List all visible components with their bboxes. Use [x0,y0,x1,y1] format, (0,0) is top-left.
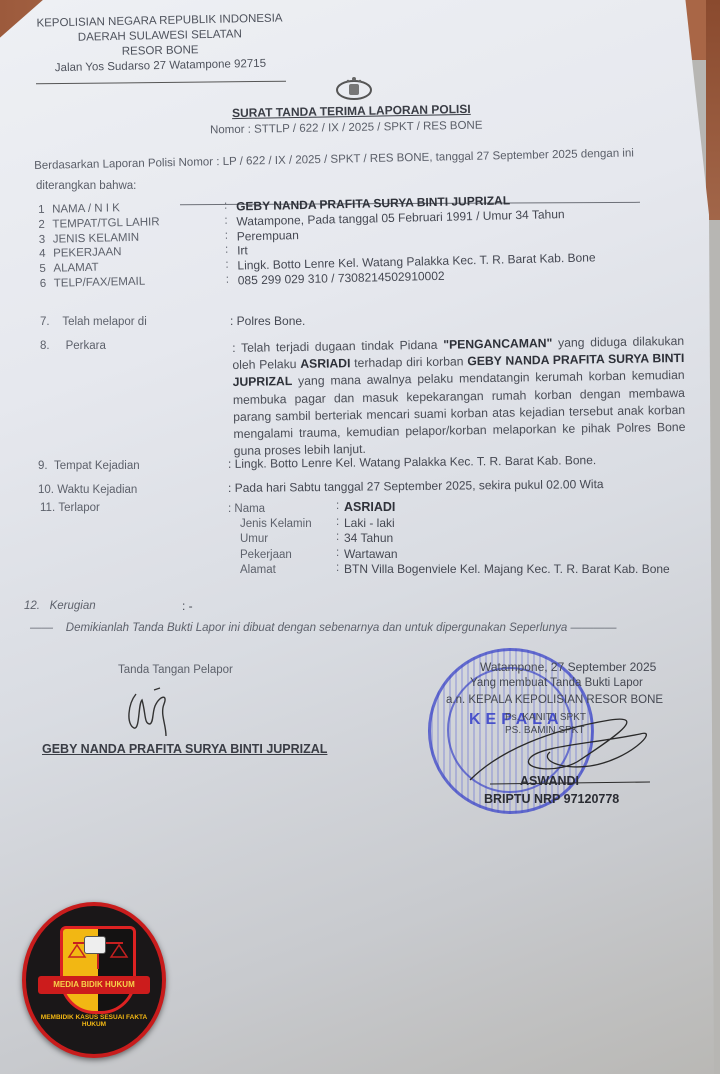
row-number: 4 [39,248,46,260]
row-label: TELP/FAX/EMAIL [54,276,146,290]
item-7-value: : Polres Bone. [230,314,305,328]
suspect-field-value: ASRIADI [344,500,395,514]
header-underline [36,81,286,85]
closing-statement: —— Demikianlah Tanda Bukti Lapor ini dib… [30,622,616,634]
row-number: 1 [38,204,45,216]
reporter-signature-caption: Tanda Tangan Pelapor [118,664,233,676]
row-label: NAMA / N I K [52,202,120,216]
police-emblem-icon [334,76,374,100]
item-10-label: 10. Waktu Kejadian [38,484,137,496]
suspect-field-value: Laki - laki [344,516,395,530]
background-table-edge [706,0,720,220]
police-report-document: KEPOLISIAN NEGARA REPUBLIK INDONESIA DAE… [0,0,714,1074]
row-colon: : [224,215,227,227]
row-number: 2 [38,219,45,231]
item-7-label: 7. Telah melapor di [40,316,147,328]
suspect-field-label: Alamat [240,564,276,576]
suspect-field: Alamat:BTN Villa Bogenviele Kel. Majang … [232,562,702,578]
logo-motto: MEMBIDIK KASUS SESUAI FAKTA HUKUM [32,1014,156,1028]
reporter-name: GEBY NANDA PRAFITA SURYA BINTI JUPRIZAL [42,742,327,756]
suspect-field-label: Pekerjaan [240,549,292,561]
logo-banner: MEDIA BIDIK HUKUM [38,976,150,994]
row-number: 6 [40,278,47,290]
suspect-field: : Nama:ASRIADI [232,500,702,516]
suspect-field: Jenis Kelamin:Laki - laki [232,516,702,532]
row-label: PEKERJAAN [53,247,122,261]
item-9-label: 9. Tempat Kejadian [38,460,140,472]
row-label: ALAMAT [53,262,98,275]
item-8-label: 8. Perkara [40,340,106,352]
document-number: Nomor : STTLP / 622 / IX / 2025 / SPKT /… [210,120,483,137]
suspect-field-label: Jenis Kelamin [240,518,312,530]
row-colon: : [225,259,228,271]
org-header: KEPOLISIAN NEGARA REPUBLIK INDONESIA DAE… [29,11,290,76]
row-value: Perempuan [237,228,299,243]
row-value: Irt [237,244,248,258]
suspect-field-label: : Nama [228,503,265,515]
suspect-details: : Nama:ASRIADIJenis Kelamin:Laki - lakiU… [232,500,702,578]
row-colon: : [225,244,228,256]
suspect-field-colon: : [336,516,339,528]
row-label: TEMPAT/TGL LAHIR [52,216,159,230]
suspect-field: Umur:34 Tahun [232,531,702,547]
suspect-field-value: Wartawan [344,547,398,561]
intro-line-2: diterangkan bahwa: [36,180,136,192]
suspect-field: Pekerjaan:Wartawan [232,547,702,563]
item-10-value: : Pada hari Sabtu tanggal 27 September 2… [228,477,604,495]
crime-type: "PENGANCAMAN" [443,336,552,352]
officer-place-date: Watampone, 27 September 2025 [480,660,656,674]
suspect-field-value: BTN Villa Bogenviele Kel. Majang Kec. T.… [344,562,670,576]
case-description: : Telah terjadi dugaan tindak Pidana "PE… [232,333,686,461]
intro-line-1: Berdasarkan Laporan Polisi Nomor : LP / … [34,147,634,172]
item-12-label: 12. Kerugian [24,600,96,612]
officer-role-1: Yang membuat Tanda Bukti Lapor [470,677,643,689]
item-9-value: : Lingk. Botto Lenre Kel. Watang Palakka… [228,453,596,471]
suspect-name: ASRIADI [300,356,350,371]
suspect-field-colon: : [336,531,339,543]
suspect-field-value: 34 Tahun [344,531,393,545]
row-colon: : [226,274,229,286]
officer-rank-nrp: BRIPTU NRP 97120778 [484,792,619,806]
suspect-field-colon: : [336,547,339,559]
suspect-field-colon: : [336,562,339,574]
row-colon: : [225,229,228,241]
officer-name: ASWANDI [520,774,579,788]
row-label: JENIS KELAMIN [53,231,140,245]
document-title: SURAT TANDA TERIMA LAPORAN POLISI [232,102,471,120]
camera-icon [84,936,106,954]
item-12-value: : - [182,599,193,613]
row-number: 5 [39,263,46,275]
media-bidik-hukum-logo: MEDIA BIDIK HUKUM MEMBIDIK KASUS SESUAI … [22,902,166,1058]
suspect-field-label: Umur [240,533,268,545]
item-11-label: 11. Terlapor [40,502,100,514]
row-number: 3 [39,233,46,245]
reporter-signature [124,684,184,745]
row-colon: : [224,200,227,212]
suspect-field-colon: : [336,500,339,512]
identity-table: 1NAMA / N I K:GEBY NANDA PRAFITA SURYA B… [38,190,640,292]
